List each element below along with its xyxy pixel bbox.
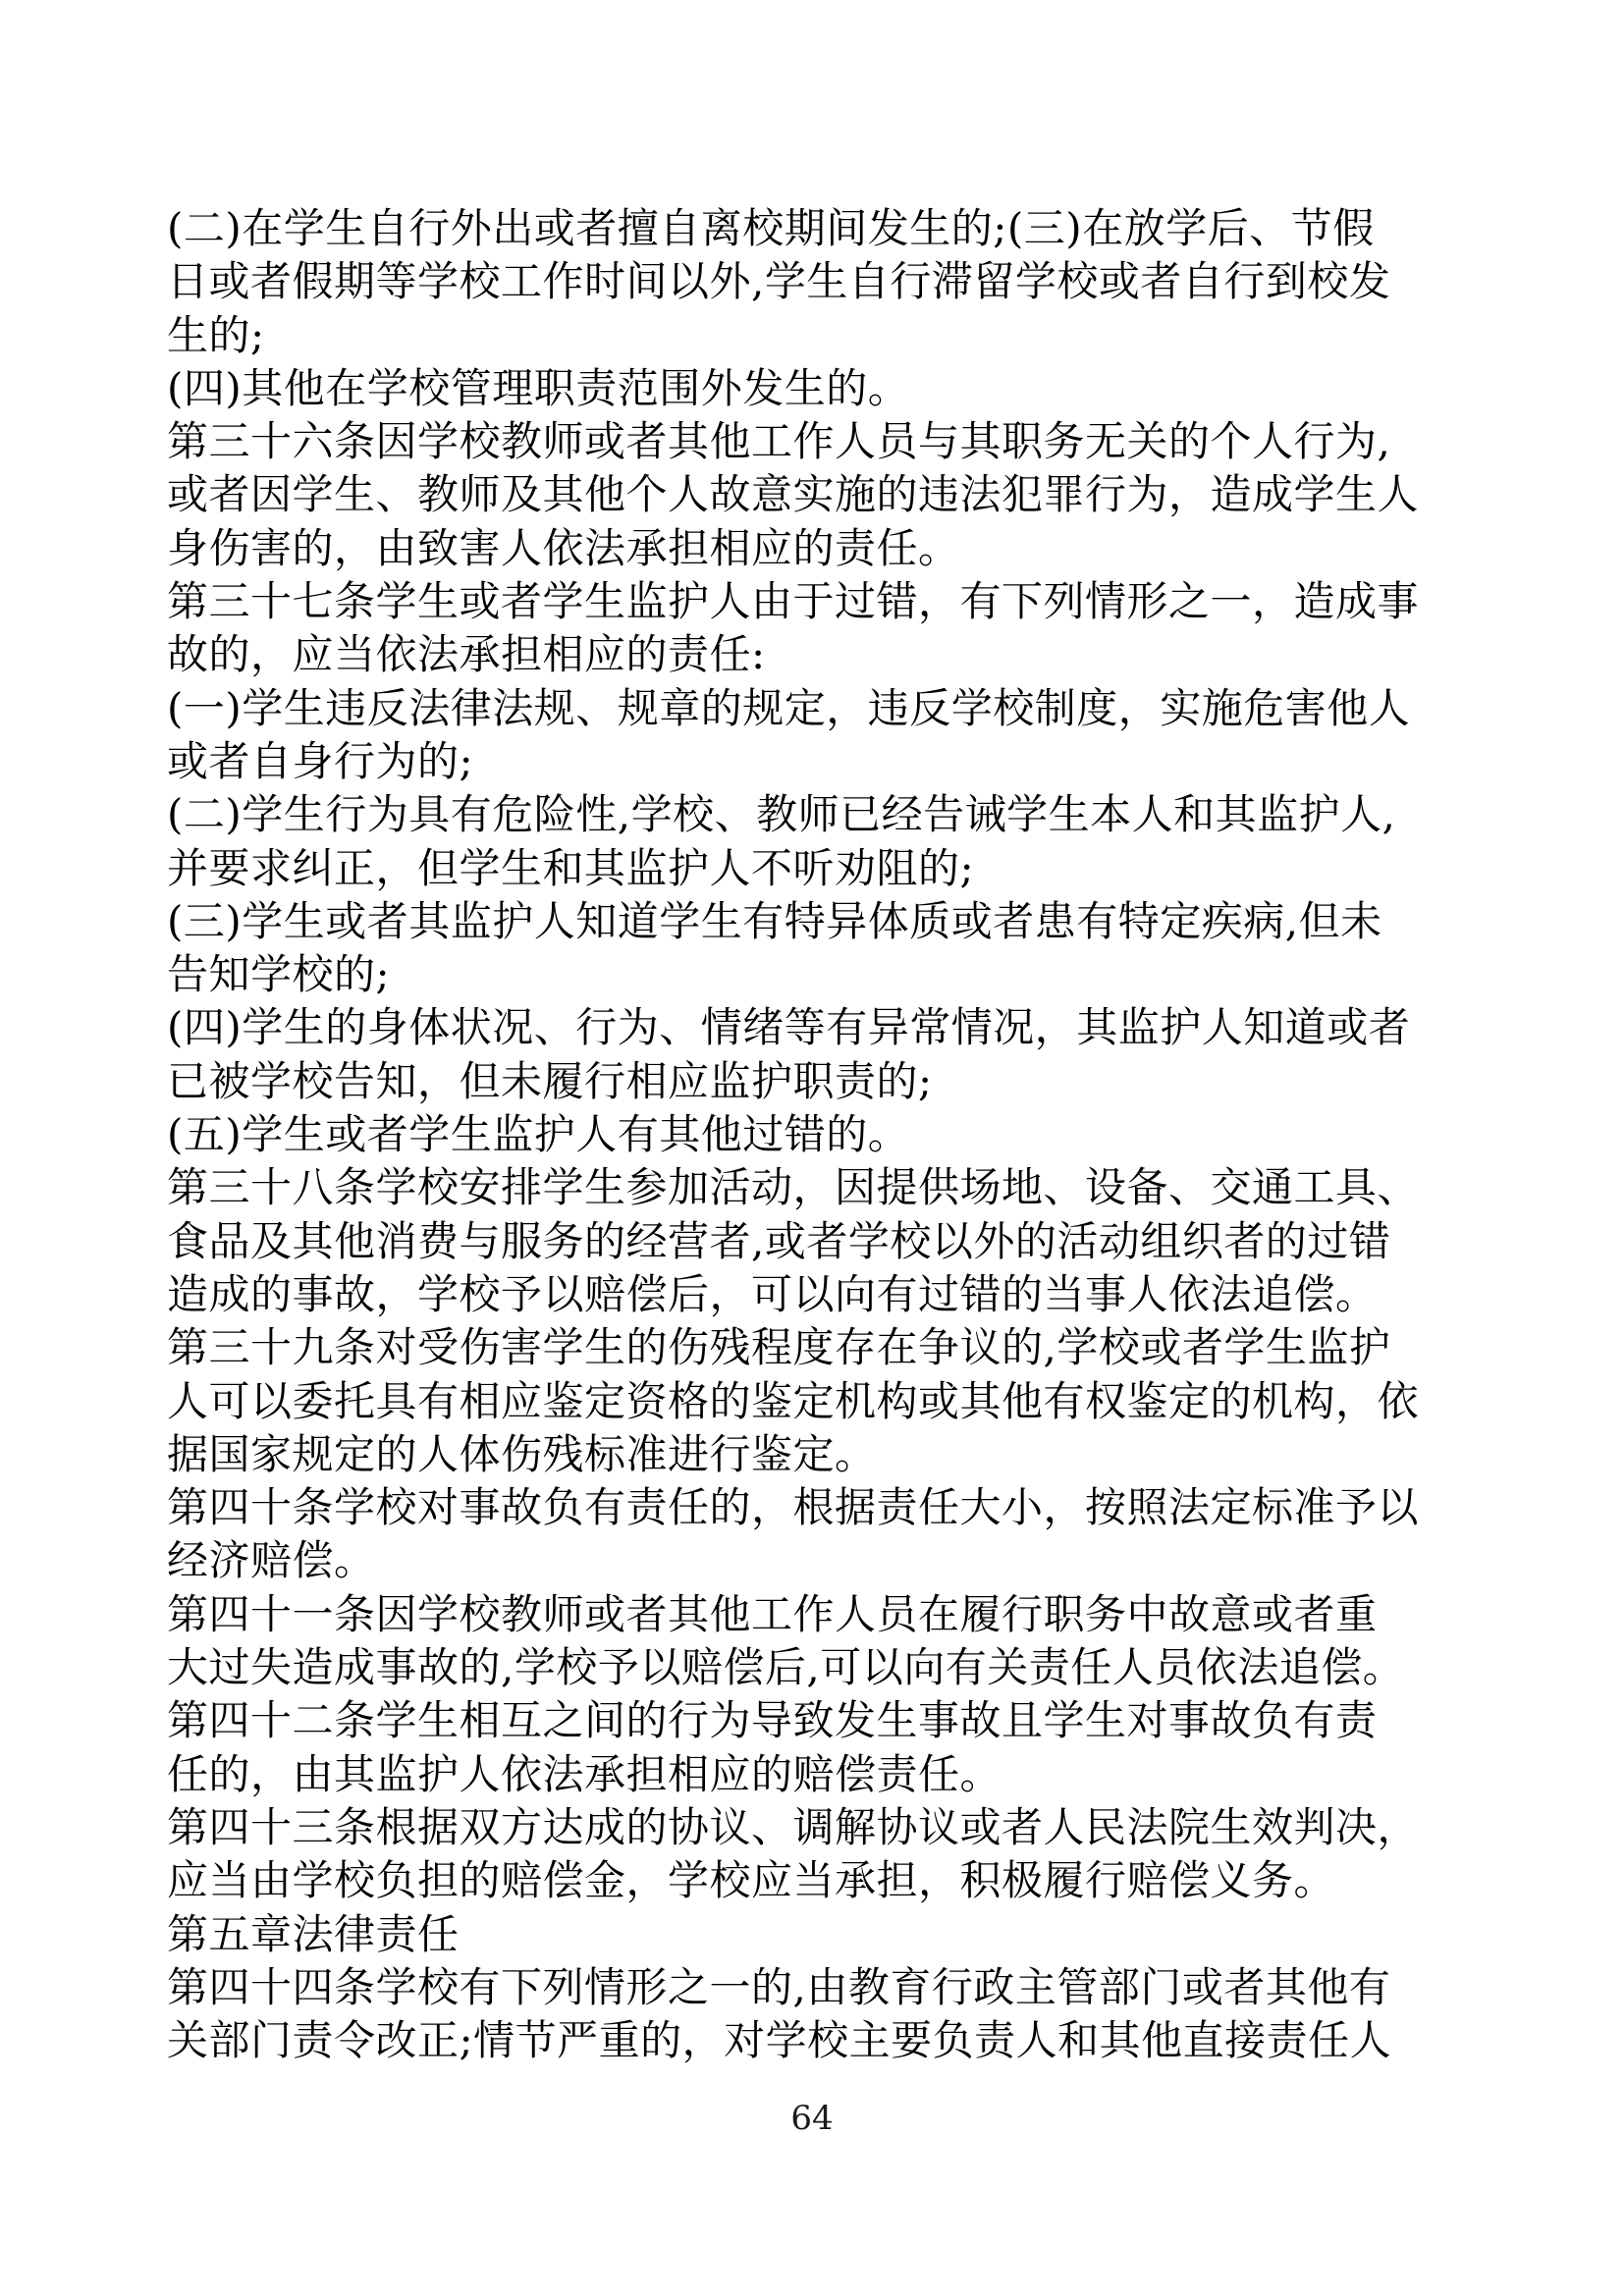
text-line: 任的，由其监护人依法承担相应的赔偿责任。 bbox=[167, 1748, 1394, 1801]
text-line: 生的; bbox=[167, 309, 1394, 362]
text-line: 告知学校的; bbox=[167, 948, 1394, 1001]
text-line: 已被学校告知，但未履行相应监护职责的; bbox=[167, 1055, 1394, 1108]
text-line: 第五章法律责任 bbox=[167, 1908, 1394, 1961]
text-line: 第四十三条根据双方达成的协议、调解协议或者人民法院生效判决， bbox=[167, 1801, 1394, 1854]
text-line: 第四十条学校对事故负有责任的，根据责任大小，按照法定标准予以 bbox=[167, 1481, 1394, 1534]
text-line: 并要求纠正，但学生和其监护人不听劝阻的; bbox=[167, 842, 1394, 895]
text-line: 食品及其他消费与服务的经营者,或者学校以外的活动组织者的过错 bbox=[167, 1215, 1394, 1268]
text-line: (五)学生或者学生监护人有其他过错的。 bbox=[167, 1108, 1394, 1161]
document-text-block: (二)在学生自行外出或者擅自离校期间发生的;(三)在放学后、节假 日或者假期等学… bbox=[167, 202, 1394, 2067]
text-line: (三)学生或者其监护人知道学生有特异体质或者患有特定疾病,但未 bbox=[167, 895, 1394, 948]
text-line: 日或者假期等学校工作时间以外,学生自行滞留学校或者自行到校发 bbox=[167, 255, 1394, 308]
document-page: (二)在学生自行外出或者擅自离校期间发生的;(三)在放学后、节假 日或者假期等学… bbox=[0, 0, 1624, 2296]
text-line: 或者因学生、教师及其他个人故意实施的违法犯罪行为，造成学生人 bbox=[167, 468, 1394, 521]
text-line: 关部门责令改正;情节严重的，对学校主要负责人和其他直接责任人 bbox=[167, 2014, 1394, 2067]
text-line: 大过失造成事故的,学校予以赔偿后,可以向有关责任人员依法追偿。 bbox=[167, 1641, 1394, 1694]
text-line: 第三十九条对受伤害学生的伤残程度存在争议的,学校或者学生监护 bbox=[167, 1321, 1394, 1374]
text-line: 第四十四条学校有下列情形之一的,由教育行政主管部门或者其他有 bbox=[167, 1961, 1394, 2014]
text-line: 或者自身行为的; bbox=[167, 735, 1394, 788]
page-number: 64 bbox=[0, 2099, 1624, 2138]
text-line: (四)学生的身体状况、行为、情绪等有异常情况，其监护人知道或者 bbox=[167, 1001, 1394, 1054]
text-line: (二)学生行为具有危险性,学校、教师已经告诫学生本人和其监护人, bbox=[167, 788, 1394, 841]
text-line: (二)在学生自行外出或者擅自离校期间发生的;(三)在放学后、节假 bbox=[167, 202, 1394, 255]
text-line: 第三十六条因学校教师或者其他工作人员与其职务无关的个人行为, bbox=[167, 415, 1394, 468]
text-line: 身伤害的，由致害人依法承担相应的责任。 bbox=[167, 522, 1394, 575]
text-line: 经济赔偿。 bbox=[167, 1534, 1394, 1587]
text-line: 第三十七条学生或者学生监护人由于过错，有下列情形之一，造成事 bbox=[167, 575, 1394, 628]
text-line: 第四十二条学生相互之间的行为导致发生事故且学生对事故负有责 bbox=[167, 1694, 1394, 1747]
text-line: 第三十八条学校安排学生参加活动，因提供场地、设备、交通工具、 bbox=[167, 1161, 1394, 1214]
text-line: 据国家规定的人体伤残标准进行鉴定。 bbox=[167, 1428, 1394, 1481]
text-line: (一)学生违反法律法规、规章的规定，违反学校制度，实施危害他人 bbox=[167, 682, 1394, 735]
text-line: 造成的事故，学校予以赔偿后，可以向有过错的当事人依法追偿。 bbox=[167, 1268, 1394, 1321]
text-line: (四)其他在学校管理职责范围外发生的。 bbox=[167, 362, 1394, 415]
text-line: 人可以委托具有相应鉴定资格的鉴定机构或其他有权鉴定的机构，依 bbox=[167, 1375, 1394, 1428]
text-line: 第四十一条因学校教师或者其他工作人员在履行职务中故意或者重 bbox=[167, 1588, 1394, 1641]
text-line: 故的，应当依法承担相应的责任: bbox=[167, 628, 1394, 681]
text-line: 应当由学校负担的赔偿金，学校应当承担，积极履行赔偿义务。 bbox=[167, 1854, 1394, 1907]
